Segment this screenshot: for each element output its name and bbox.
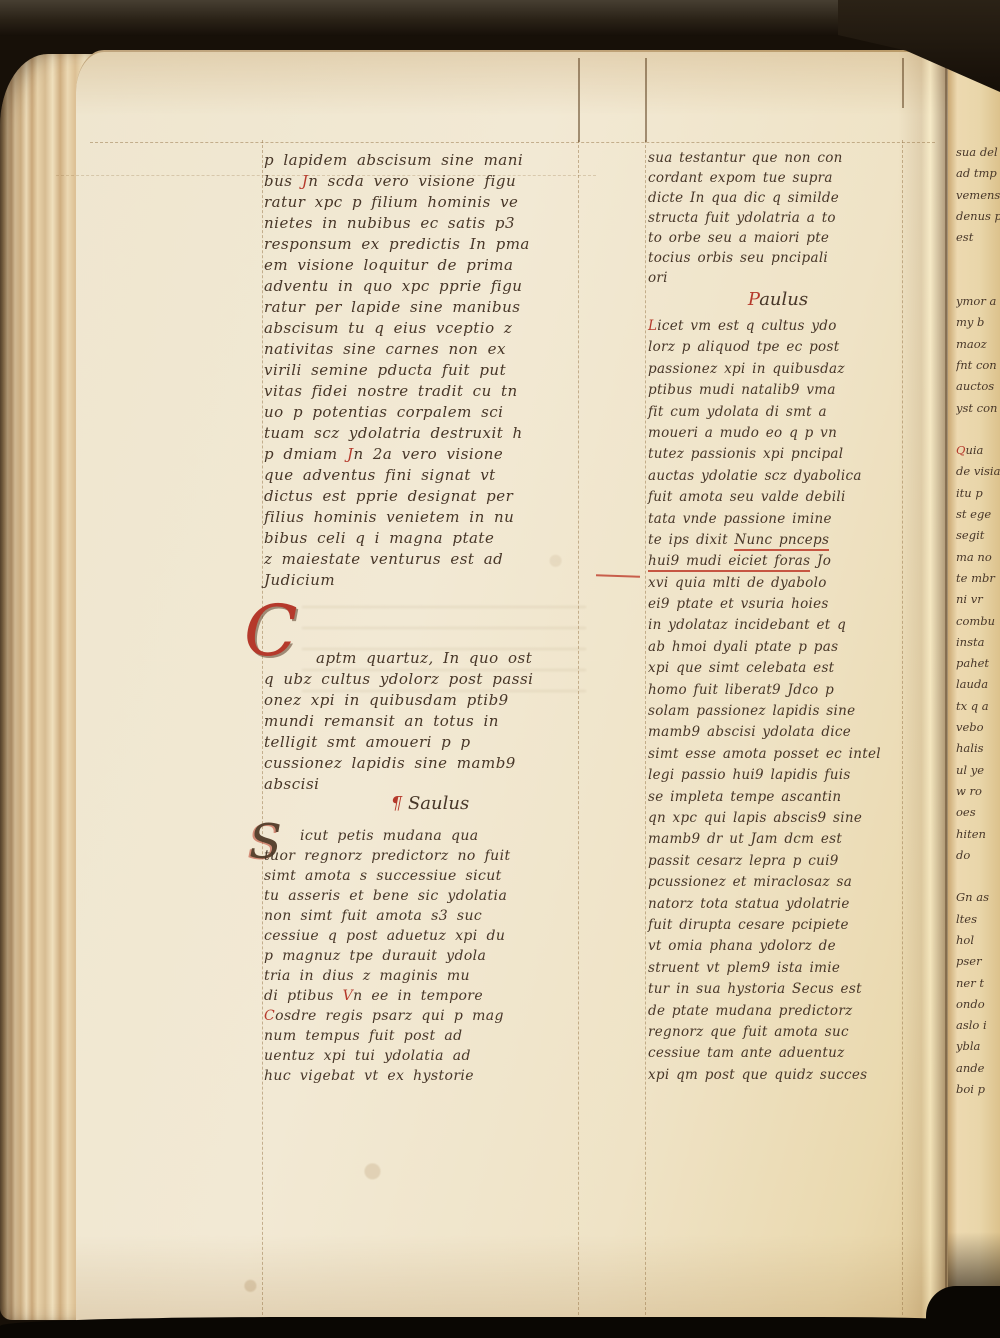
- manuscript-line: Paulus: [648, 288, 908, 312]
- manuscript-line: qn xpc qui lapis abscis9 sine: [648, 808, 908, 829]
- manuscript-line: abscisum tu q eius vceptio z: [264, 318, 596, 339]
- manuscript-line: responsum ex predictis In pma: [264, 234, 596, 255]
- manuscript-line: cessiue tam ante aduentuz: [648, 1043, 908, 1064]
- manuscript-line: tu asseris et bene sic ydolatia: [264, 886, 596, 906]
- manuscript-line: hui9 mudi eiciet foras Jo: [648, 551, 908, 572]
- ruling-top-tick: [645, 58, 647, 142]
- manuscript-line: [956, 270, 1000, 291]
- manuscript-line: solam passionez lapidis sine: [648, 701, 908, 722]
- manuscript-line: de ptate mudana predictorz: [648, 1001, 908, 1022]
- manuscript-line: ad tmp: [956, 163, 1000, 184]
- manuscript-line: bus Jn scda vero visione figu: [264, 171, 596, 192]
- line-text: te ips dixit: [648, 532, 734, 548]
- rubricated-letter: C: [264, 1008, 275, 1024]
- rubricated-letter: ¶: [391, 793, 408, 814]
- manuscript-line: xpi qm post que quidz succes: [648, 1065, 908, 1086]
- manuscript-line: fuit dirupta cesare pcipiete: [648, 915, 908, 936]
- manuscript-line: cessiue q post aduetuz xpi du: [264, 926, 596, 946]
- ruling-top-tick: [578, 58, 580, 142]
- manuscript-line: fuit amota seu valde debili: [648, 487, 908, 508]
- manuscript-line: [956, 248, 1000, 269]
- line-text: Jo: [810, 553, 831, 569]
- ruling-col1-left: [262, 140, 263, 1315]
- manuscript-line: uo p potentias corpalem sci: [264, 402, 596, 423]
- manuscript-line: passit cesarz lepra p cui9: [648, 851, 908, 872]
- manuscript-line: ondo: [956, 994, 1000, 1015]
- manuscript-line: mamb9 dr ut Jam dcm est: [648, 829, 908, 850]
- manuscript-line: p magnuz tpe durauit ydola: [264, 946, 596, 966]
- manuscript-line: pser: [956, 951, 1000, 972]
- manuscript-line: ei9 ptate et vsuria hoies: [648, 594, 908, 615]
- line-text: bus: [264, 172, 302, 190]
- manuscript-line: uentuz xpi tui ydolatia ad: [264, 1046, 596, 1066]
- manuscript-line: itu p: [956, 483, 1000, 504]
- manuscript-line: ul ye: [956, 760, 1000, 781]
- manuscript-line: maoz: [956, 334, 1000, 355]
- manuscript-line: que adventus fini signat vt: [264, 465, 596, 486]
- manuscript-line: legi passio hui9 lapidis fuis: [648, 765, 908, 786]
- book-photo: p lapidem abscisum sine manibus Jn scda …: [0, 0, 1000, 1338]
- manuscript-line: lauda: [956, 674, 1000, 695]
- manuscript-line: em visione loquitur de prima: [264, 255, 596, 276]
- manuscript-line: ltes: [956, 909, 1000, 930]
- manuscript-line: est: [956, 227, 1000, 248]
- manuscript-line: vitas fidei nostre tradit cu tn: [264, 381, 596, 402]
- manuscript-line: tuam scz ydolatria destruxit h: [264, 423, 596, 444]
- manuscript-line: ni vr: [956, 589, 1000, 610]
- manuscript-line: pcussionez et miraclosaz sa: [648, 872, 908, 893]
- manuscript-line: nietes in nubibus ec satis p3: [264, 213, 596, 234]
- manuscript-line: filius hominis venietem in nu: [264, 507, 596, 528]
- manuscript-line: w ro: [956, 781, 1000, 802]
- manuscript-line: do: [956, 845, 1000, 866]
- manuscript-line: icut petis mudana qua: [264, 826, 596, 846]
- line-text: p dmiam: [264, 445, 347, 463]
- manuscript-line: ymor a: [956, 291, 1000, 312]
- manuscript-line: sua del: [956, 142, 1000, 163]
- manuscript-line: Cosdre regis psarz qui p mag: [264, 1006, 596, 1026]
- manuscript-line: tur in sua hystoria Secus est: [648, 979, 908, 1000]
- manuscript-line: moueri a mudo eo q p vn: [648, 423, 908, 444]
- manuscript-line: ma no: [956, 547, 1000, 568]
- facing-page-sliver: sua delad tmpvemensdenus pestymor amy bm…: [948, 56, 1000, 1302]
- manuscript-line: di ptibus Vn ee in tempore: [264, 986, 596, 1006]
- manuscript-line: mamb9 abscisi ydolata dice: [648, 722, 908, 743]
- manuscript-line: num tempus fuit post ad: [264, 1026, 596, 1046]
- manuscript-line: bibus celi q i magna ptate: [264, 528, 596, 549]
- column-right-paragraph-1: sua testantur que non concordant expom t…: [648, 148, 908, 288]
- manuscript-line: halis: [956, 738, 1000, 759]
- manuscript-line: tria in dius z maginis mu: [264, 966, 596, 986]
- manuscript-line: st ege: [956, 504, 1000, 525]
- manuscript-line: vemens: [956, 185, 1000, 206]
- manuscript-line: Gn as: [956, 887, 1000, 908]
- manuscript-line: tx q a: [956, 696, 1000, 717]
- manuscript-line: simt amota s successiue sicut: [264, 866, 596, 886]
- manuscript-line: [956, 866, 1000, 887]
- line-text: Saulus: [408, 793, 469, 814]
- manuscript-line: p dmiam Jn 2a vero visione: [264, 444, 596, 465]
- manuscript-line: segit: [956, 525, 1000, 546]
- ruling-col2-left: [645, 140, 646, 1315]
- manuscript-line: cussionez lapidis sine mamb9: [264, 753, 596, 774]
- manuscript-line: regnorz que fuit amota suc: [648, 1022, 908, 1043]
- column-left-paragraph-2: icut petis mudana quatuor regnorz predic…: [264, 826, 596, 1086]
- manuscript-line: to orbe seu a maiori pte: [648, 228, 908, 248]
- manuscript-line: auctos: [956, 376, 1000, 397]
- manuscript-line: struent vt plem9 ista imie: [648, 958, 908, 979]
- manuscript-line: simt esse amota posset ec intel: [648, 744, 908, 765]
- manuscript-line: xpi que simt celebata est: [648, 658, 908, 679]
- manuscript-line: tocius orbis seu pncipali: [648, 248, 908, 268]
- table-bottom-edge: [0, 1317, 1000, 1338]
- manuscript-line: q ubz cultus ydolorz post passi: [264, 669, 596, 690]
- line-text: osdre regis psarz qui p mag: [275, 1008, 504, 1024]
- column-left-paragraph-1: p lapidem abscisum sine manibus Jn scda …: [264, 150, 596, 591]
- line-text: n 2a vero visione: [353, 445, 503, 463]
- manuscript-line: ori: [648, 268, 908, 288]
- manuscript-line: ab hmoi dyali ptate p pas: [648, 637, 908, 658]
- manuscript-line: passionez xpi in quibusdaz: [648, 359, 908, 380]
- manuscript-line: natorz tota statua ydolatrie: [648, 894, 908, 915]
- manuscript-line: hol: [956, 930, 1000, 951]
- table-bottom-right-corner: [926, 1286, 1000, 1338]
- manuscript-line: te ips dixit Nunc pnceps: [648, 530, 908, 551]
- manuscript-line: Judicium: [264, 570, 596, 591]
- manuscript-line: in ydolataz incidebant et q: [648, 615, 908, 636]
- line-text: n scda vero visione figu: [308, 172, 516, 190]
- manuscript-line: tata vnde passione imine: [648, 509, 908, 530]
- manuscript-line: fit cum ydolata di smt a: [648, 402, 908, 423]
- manuscript-line: tutez passionis xpi pncipal: [648, 444, 908, 465]
- manuscript-line: tuor regnorz predictorz no fuit: [264, 846, 596, 866]
- heading-paulus: Paulus: [648, 288, 908, 312]
- ruling-top-tick: [902, 58, 904, 108]
- manuscript-line: structa fuit ydolatria a to: [648, 208, 908, 228]
- manuscript-line: huc vigebat vt ex hystorie: [264, 1066, 596, 1086]
- manuscript-line: telligit smt amoueri p p: [264, 732, 596, 753]
- rubricated-letter: P: [748, 289, 759, 310]
- manuscript-line: denus p: [956, 206, 1000, 227]
- manuscript-line: mundi remansit an totus in: [264, 711, 596, 732]
- manuscript-line: non simt fuit amota s3 suc: [264, 906, 596, 926]
- manuscript-line: xvi quia mlti de dyabolo: [648, 573, 908, 594]
- manuscript-line: lorz p aliquod tpe ec post: [648, 337, 908, 358]
- manuscript-line: sua testantur que non con: [648, 148, 908, 168]
- manuscript-line: z maiestate venturus est ad: [264, 549, 596, 570]
- rubricated-letter: V: [343, 988, 354, 1004]
- manuscript-line: pahet: [956, 653, 1000, 674]
- manuscript-line: onez xpi in quibusdam ptib9: [264, 690, 596, 711]
- manuscript-line: virili semine pducta fuit put: [264, 360, 596, 381]
- manuscript-line: dicte In qua dic q similde: [648, 188, 908, 208]
- manuscript-line: fnt con: [956, 355, 1000, 376]
- manuscript-line: ratur per lapide sine manibus: [264, 297, 596, 318]
- manuscript-line: se impleta tempe ascantin: [648, 787, 908, 808]
- ruling-top-horizontal: [90, 142, 935, 143]
- facing-page-text-fragments: sua delad tmpvemensdenus pestymor amy bm…: [956, 142, 1000, 1100]
- manuscript-line: aslo i: [956, 1015, 1000, 1036]
- manuscript-line: vt omia phana ydolorz de: [648, 936, 908, 957]
- line-text: icet vm est q cultus ydo: [657, 318, 836, 334]
- manuscript-line: [956, 419, 1000, 440]
- manuscript-line: aptm quartuz, In quo ost: [264, 648, 596, 669]
- red-underlined-text: hui9 mudi eiciet foras: [648, 553, 810, 572]
- line-text: n ee in tempore: [353, 988, 483, 1004]
- manuscript-line: nativitas sine carnes non ex: [264, 339, 596, 360]
- manuscript-line: ¶ Saulus: [264, 792, 596, 816]
- red-underlined-text: Nunc pnceps: [734, 532, 829, 551]
- manuscript-line: auctas ydolatie scz dyabolica: [648, 466, 908, 487]
- manuscript-line: ande: [956, 1058, 1000, 1079]
- column-left-chapter-rubric: aptm quartuz, In quo ostq ubz cultus ydo…: [264, 648, 596, 795]
- manuscript-line: Licet vm est q cultus ydo: [648, 316, 908, 337]
- manuscript-line: combu: [956, 611, 1000, 632]
- manuscript-line: adventu in quo xpc pprie figu: [264, 276, 596, 297]
- heading-saulus: ¶ Saulus: [264, 792, 596, 816]
- column-right-paragraph-2: Licet vm est q cultus ydolorz p aliquod …: [648, 316, 908, 1086]
- manuscript-line: p lapidem abscisum sine mani: [264, 150, 596, 171]
- gutter-crease-line: [945, 60, 947, 1300]
- manuscript-line: cordant expom tue supra: [648, 168, 908, 188]
- manuscript-line: yst con: [956, 398, 1000, 419]
- manuscript-line: ner t: [956, 973, 1000, 994]
- manuscript-line: Quia: [956, 440, 1000, 461]
- manuscript-line: de visia: [956, 461, 1000, 482]
- manuscript-line: dictus est pprie designat per: [264, 486, 596, 507]
- manuscript-line: ratur xpc p filium hominis ve: [264, 192, 596, 213]
- line-text: di ptibus: [264, 988, 343, 1004]
- line-text: aulus: [759, 289, 808, 310]
- manuscript-line: te mbr: [956, 568, 1000, 589]
- manuscript-line: oes: [956, 802, 1000, 823]
- manuscript-line: ptibus mudi natalib9 vma: [648, 380, 908, 401]
- manuscript-line: vebo: [956, 717, 1000, 738]
- manuscript-line: boi p: [956, 1079, 1000, 1100]
- line-text: uia: [965, 443, 983, 457]
- manuscript-line: hiten: [956, 824, 1000, 845]
- manuscript-line: ybla: [956, 1036, 1000, 1057]
- manuscript-line: insta: [956, 632, 1000, 653]
- rubricated-letter: L: [648, 318, 657, 334]
- manuscript-line: homo fuit liberat9 Jdco p: [648, 680, 908, 701]
- manuscript-line: my b: [956, 312, 1000, 333]
